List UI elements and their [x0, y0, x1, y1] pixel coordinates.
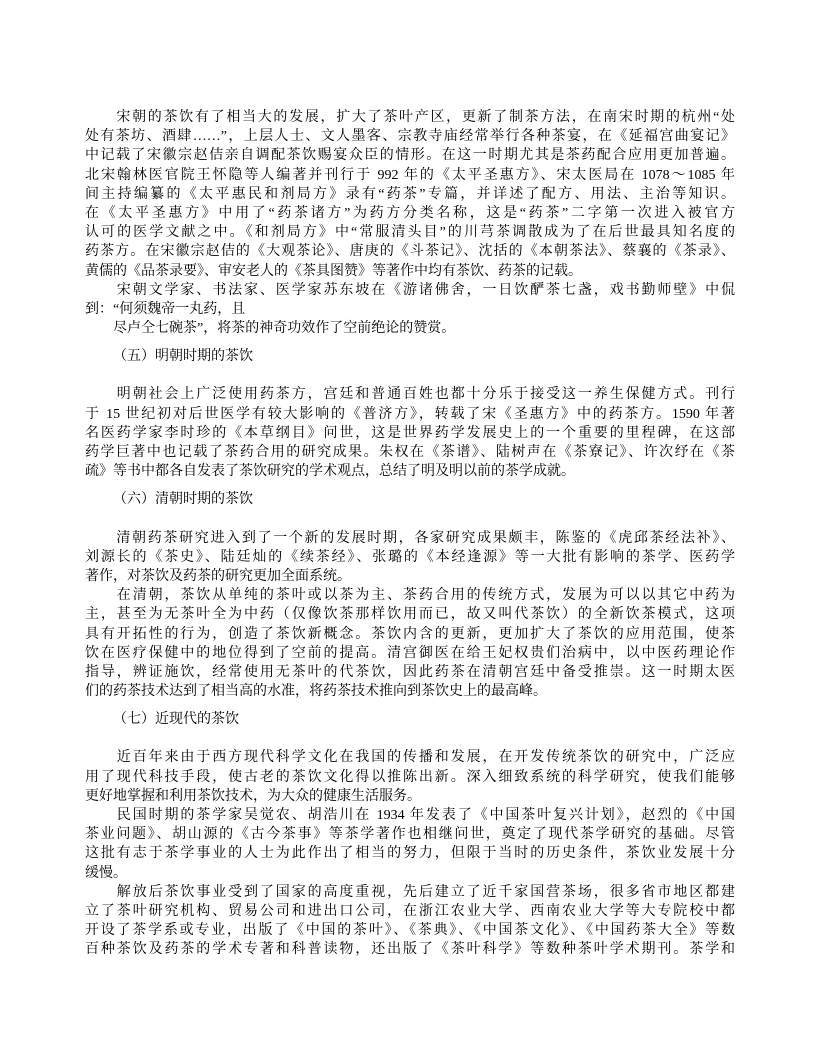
text-line: 宋朝文学家、书法家、医学家苏东坡在《游诸佛舍，一日饮酽茶七盏，戏书勤师壁》中侃 [85, 281, 735, 300]
text-line: 指导，辨证施饮，经常使用无茶叶的代茶饮，因此药茶在清朝宫廷中备受推崇。这一时期太… [85, 663, 735, 682]
document-page: 宋朝的茶饮有了相当大的发展，扩大了茶叶产区，更新了制茶方法，在南宋时期的杭州“处… [0, 0, 816, 1056]
text-line: 开设了茶学系或专业，出版了《中国的茶叶》、《茶典》、《中国茶文化》、《中国药茶大… [85, 921, 735, 940]
text-line: 到：“何须魏帝一丸药，且 [85, 300, 735, 319]
text-line: 近百年来由于西方现代科学文化在我国的传播和发展，在开发传统茶饮的研究中，广泛应 [85, 748, 735, 767]
text-line: 这批有志于茶学事业的人士为此作出了相当的努力，但限于当时的历史条件，茶饮业发展十… [85, 844, 735, 863]
text-line: 尽卢仝七碗茶”，将茶的神奇功效作了空前绝论的赞赏。 [85, 319, 735, 338]
section-heading-2: （六）清朝时期的茶饮 [85, 490, 735, 509]
text-line: 主，甚至为无茶叶全为中药（仅像饮茶那样饮用而已，故又叫代茶饮）的全新饮茶模式，这… [85, 605, 735, 624]
text-line: 处有茶坊、酒肆……”，上层人士、文人墨客、宗教寺庙经常举行各种茶宴，在《延福宫曲… [85, 127, 735, 146]
text-line: 于 15 世纪初对后世医学有较大影响的《普济方》，转载了宋《圣惠方》中的药茶方。… [85, 405, 735, 424]
text-line: 民国时期的茶学家吴觉农、胡浩川在 1934 年发表了《中国茶叶复兴计划》，赵烈的… [85, 806, 735, 825]
text-line: 刘源长的《茶史》、陆廷灿的《续茶经》、张璐的《本经逢源》等一大批有影响的茶学、医… [85, 548, 735, 567]
text-line: 中记载了宋徽宗赵佶亲自调配茶饮赐宴众臣的情形。在这一时期尤其是茶药配合应用更加普… [85, 146, 735, 165]
text-line: 著作，对茶饮及药茶的研究更加全面系统。 [85, 567, 735, 586]
text-line: 疏》等书中都各自发表了茶饮研究的学术观点，总结了明及明以前的茶学成就。 [85, 462, 735, 481]
text-line: 北宋翰林医官院王怀隐等人编著并刊行于 992 年的《太平圣惠方》、宋太医局在 1… [85, 166, 735, 185]
text-line: 间主持编纂的《太平惠民和剂局方》录有“药茶”专篇，并详述了配方、用法、主治等知识… [85, 185, 735, 204]
text-line: 解放后茶饮事业受到了国家的高度重视，先后建立了近千家国营茶场，很多省市地区都建 [85, 883, 735, 902]
text-line: 黄儒的《品茶录要》、审安老人的《茶具图赞》等著作中均有茶饮、药茶的记载。 [85, 262, 735, 281]
text-line: 具有开拓性的行为，创造了茶饮新概念。茶饮内含的更新，更加扩大了茶饮的应用范围，使… [85, 625, 735, 644]
text-line: 明朝社会上广泛使用药茶方，宫廷和普通百姓也都十分乐于接受这一养生保健方式。刊行 [85, 385, 735, 404]
text-line: 饮在医疗保健中的地位得到了空前的提高。清宫御医在给王妃权贵们治病中，以中医药理论… [85, 644, 735, 663]
text-line: 在清朝，茶饮从单纯的茶叶或以茶为主、茶药合用的传统方式，发展为可以以其它中药为 [85, 586, 735, 605]
text-line: 清朝药茶研究进入到了一个新的发展时期，各家研究成果颇丰，陈鉴的《虎邱茶经法补》、 [85, 529, 735, 548]
text-line: 用了现代科技手段，使古老的茶饮文化得以推陈出新。深入细致系统的科学研究，使我们能… [85, 768, 735, 787]
text-line: 名医药学家李时珍的《本草纲目》问世，这是世界药学发展史上的一个重要的里程碑，在这… [85, 424, 735, 443]
text-line: 茶业问题》、胡山源的《古今茶事》等茶学著作也相继问世，奠定了现代茶学研究的基础。… [85, 825, 735, 844]
text-line: 在《太平圣惠方》中用了“药茶诸方”为药方分类名称，这是“药茶”二字第一次进入被官… [85, 204, 735, 223]
text-line: 更好地掌握和利用茶饮技术，为大众的健康生活服务。 [85, 787, 735, 806]
section-heading-1: （五）明朝时期的茶饮 [85, 347, 735, 366]
text-line: 百种茶饮及药茶的学术专著和科普读物，还出版了《茶叶科学》等数种茶叶学术期刊。茶学… [85, 940, 735, 959]
text-line: 立了茶叶研究机构、贸易公司和进出口公司，在浙江农业大学、西南农业大学等大专院校中… [85, 902, 735, 921]
text-line: 缓慢。 [85, 864, 735, 883]
section-heading-3: （七）近现代的茶饮 [85, 710, 735, 729]
text-line: 认可的医学文献之中。《和剂局方》中“常服清头目”的川芎茶调散成为了在后世最具知名… [85, 223, 735, 242]
text-line: 宋朝的茶饮有了相当大的发展，扩大了茶叶产区，更新了制茶方法，在南宋时期的杭州“处 [85, 108, 735, 127]
text-line: 们的药茶技术达到了相当高的水准，将药茶技术推向到茶饮史上的最高峰。 [85, 682, 735, 701]
document-content: 宋朝的茶饮有了相当大的发展，扩大了茶叶产区，更新了制茶方法，在南宋时期的杭州“处… [85, 108, 735, 960]
text-line: 药学巨著中也记载了茶药合用的研究成果。朱权在《茶谱》、陆树声在《茶寮记》、许次纾… [85, 443, 735, 462]
text-line: 药茶方。在宋徽宗赵佶的《大观茶论》、唐庚的《斗茶记》、沈括的《本朝茶法》、蔡襄的… [85, 242, 735, 261]
